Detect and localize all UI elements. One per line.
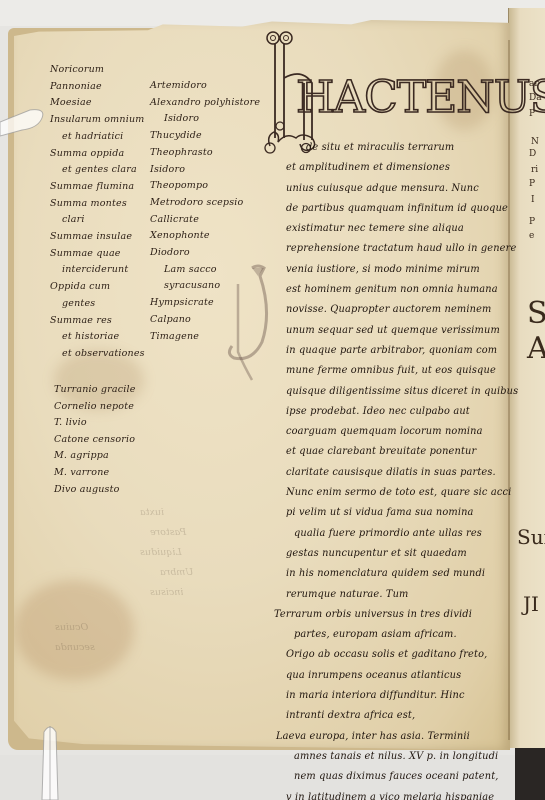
text-line: novisse. Quapropter auctorem neminem <box>286 300 516 320</box>
text-line: Diodoro <box>150 245 270 262</box>
text-line: Callicrate <box>150 212 270 229</box>
text-line: Laeva europa, inter has asia. Terminii <box>276 727 516 747</box>
text-line: Summa oppida <box>50 146 142 163</box>
text-line: Artemidoro <box>150 78 270 95</box>
facing-fragment: N <box>531 136 539 148</box>
text-line: Xenophonte <box>150 228 270 245</box>
text-line: Moesiae <box>50 95 142 112</box>
text-line: T. livio <box>54 415 174 432</box>
faded-initial-ornament <box>222 262 282 392</box>
text-line: rerumque naturae. Tum <box>286 585 516 605</box>
text-line: unius cuiusque adque mensura. Nunc <box>286 179 516 199</box>
text-line: Nunc enim sermo de toto est, quare sic a… <box>286 483 516 503</box>
text-line: amnes tanais et nilus. XV p. in longitud… <box>286 747 516 767</box>
text-line: M. varrone <box>54 465 174 482</box>
text-line: qua inrumpens oceanus atlanticus <box>286 666 516 686</box>
text-line: Divo augusto <box>54 482 174 499</box>
facing-initial-j: JI <box>523 593 539 615</box>
text-line: Cornelio nepote <box>54 399 174 416</box>
text-line: unum sequar sed ut quemque verissimum <box>286 321 516 341</box>
text-line: Metrodoro scepsio <box>150 195 270 212</box>
text-line: Noricorum <box>50 62 142 79</box>
text-line: Isidoro <box>150 162 270 179</box>
page-weight-top <box>0 100 50 140</box>
text-line: et hadriatici <box>50 129 142 146</box>
facing-fragment: I <box>531 194 535 206</box>
text-line: existimatur nec temere sine aliqua <box>286 219 516 239</box>
text-line: gestas nuncupentur et sit quaedam <box>286 544 516 564</box>
text-line: Isidoro <box>150 111 270 128</box>
binding-shadow <box>515 740 545 800</box>
text-line: Oppida cum <box>50 279 142 296</box>
text-line: Insularum omnium <box>50 112 142 129</box>
text-line: clari <box>50 212 142 229</box>
text-line: quisque diligentissime situs diceret in … <box>286 382 516 402</box>
text-line: de situ et miraculis terrarum <box>286 138 516 158</box>
facing-fragment: e <box>529 230 534 242</box>
text-line: reprehensione tractatum haud ullo in gen… <box>286 239 516 259</box>
text-line: Alexandro polyhistore <box>150 95 270 112</box>
facing-initial-a: A <box>527 333 545 365</box>
text-line: nem quas diximus fauces oceani patent, <box>286 767 516 787</box>
authorities-list: Turranio gracile Cornelio nepote T. livi… <box>54 382 174 498</box>
text-line: Theopompo <box>150 178 270 195</box>
text-line: Summa montes <box>50 196 142 213</box>
facing-initial-s: S <box>527 298 545 330</box>
text-line: Pannoniae <box>50 79 142 96</box>
text-line: intranti dextra africa est, <box>286 706 516 726</box>
text-line: Thucydide <box>150 128 270 145</box>
text-line: mune ferme omnibus fuit, ut eos quisque <box>286 361 516 381</box>
title-hactenus: HACTENUS <box>296 72 545 123</box>
text-line: coarguam quemquam locorum nomina <box>286 422 516 442</box>
text-line: et gentes clara <box>50 162 142 179</box>
text-line: Theophrasto <box>150 145 270 162</box>
text-line: in quaque parte arbitrabor, quoniam com <box>286 341 516 361</box>
text-line: et quae clarebant breuitate ponentur <box>286 442 516 462</box>
facing-fragment: P <box>529 216 535 228</box>
text-line: Catone censorio <box>54 432 174 449</box>
text-line: ipse prodebat. Ideo nec culpabo aut <box>286 402 516 422</box>
text-line: de partibus quamquam infinitum id quoque <box>286 199 516 219</box>
text-line: Origo ab occasu solis et gaditano freto, <box>286 645 516 665</box>
text-line: Summae flumina <box>50 179 142 196</box>
text-line: et observationes <box>50 346 142 363</box>
text-line: in his nomenclatura quidem sed mundi <box>286 564 516 584</box>
text-line: et historiae <box>50 329 142 346</box>
text-line: Terrarum orbis universus in tres dividi <box>274 605 516 625</box>
geography-headings-column: Noricorum Pannoniae Moesiae Insularum om… <box>50 62 142 363</box>
text-line: Turranio gracile <box>54 382 174 399</box>
text-line: interciderunt <box>50 262 142 279</box>
facing-initial-s-small: Sum S <box>517 526 545 548</box>
facing-fragment: P <box>529 178 535 190</box>
text-line: in maria interiora diffunditur. Hinc <box>286 686 516 706</box>
text-line: M. agrippa <box>54 448 174 465</box>
text-line: pi velim ut si vidua fama sua nomina <box>286 503 516 523</box>
facing-fragment: D <box>529 148 536 160</box>
facing-fragment: ri <box>531 164 538 176</box>
text-line: partes, europam asiam africam. <box>286 625 516 645</box>
text-line: claritate causisque dilatis in suas part… <box>286 463 516 483</box>
text-line: venia iustiore, si modo minime mirum <box>286 260 516 280</box>
text-line: et amplitudinem et dimensiones <box>286 158 516 178</box>
main-text-column: de situ et miraculis terrarum et amplitu… <box>286 138 516 800</box>
text-line: gentes <box>50 296 142 313</box>
text-line: qualia fuere primordio ante ullas res <box>286 524 516 544</box>
text-line: Summae res <box>50 313 142 330</box>
text-line: v in latitudinem a vico melaria hispania… <box>286 788 516 800</box>
text-line: Summae insulae <box>50 229 142 246</box>
text-line: est hominem genitum non omnia humana <box>286 280 516 300</box>
text-line: Summae quae <box>50 246 142 263</box>
page-weight-bottom <box>34 722 64 800</box>
